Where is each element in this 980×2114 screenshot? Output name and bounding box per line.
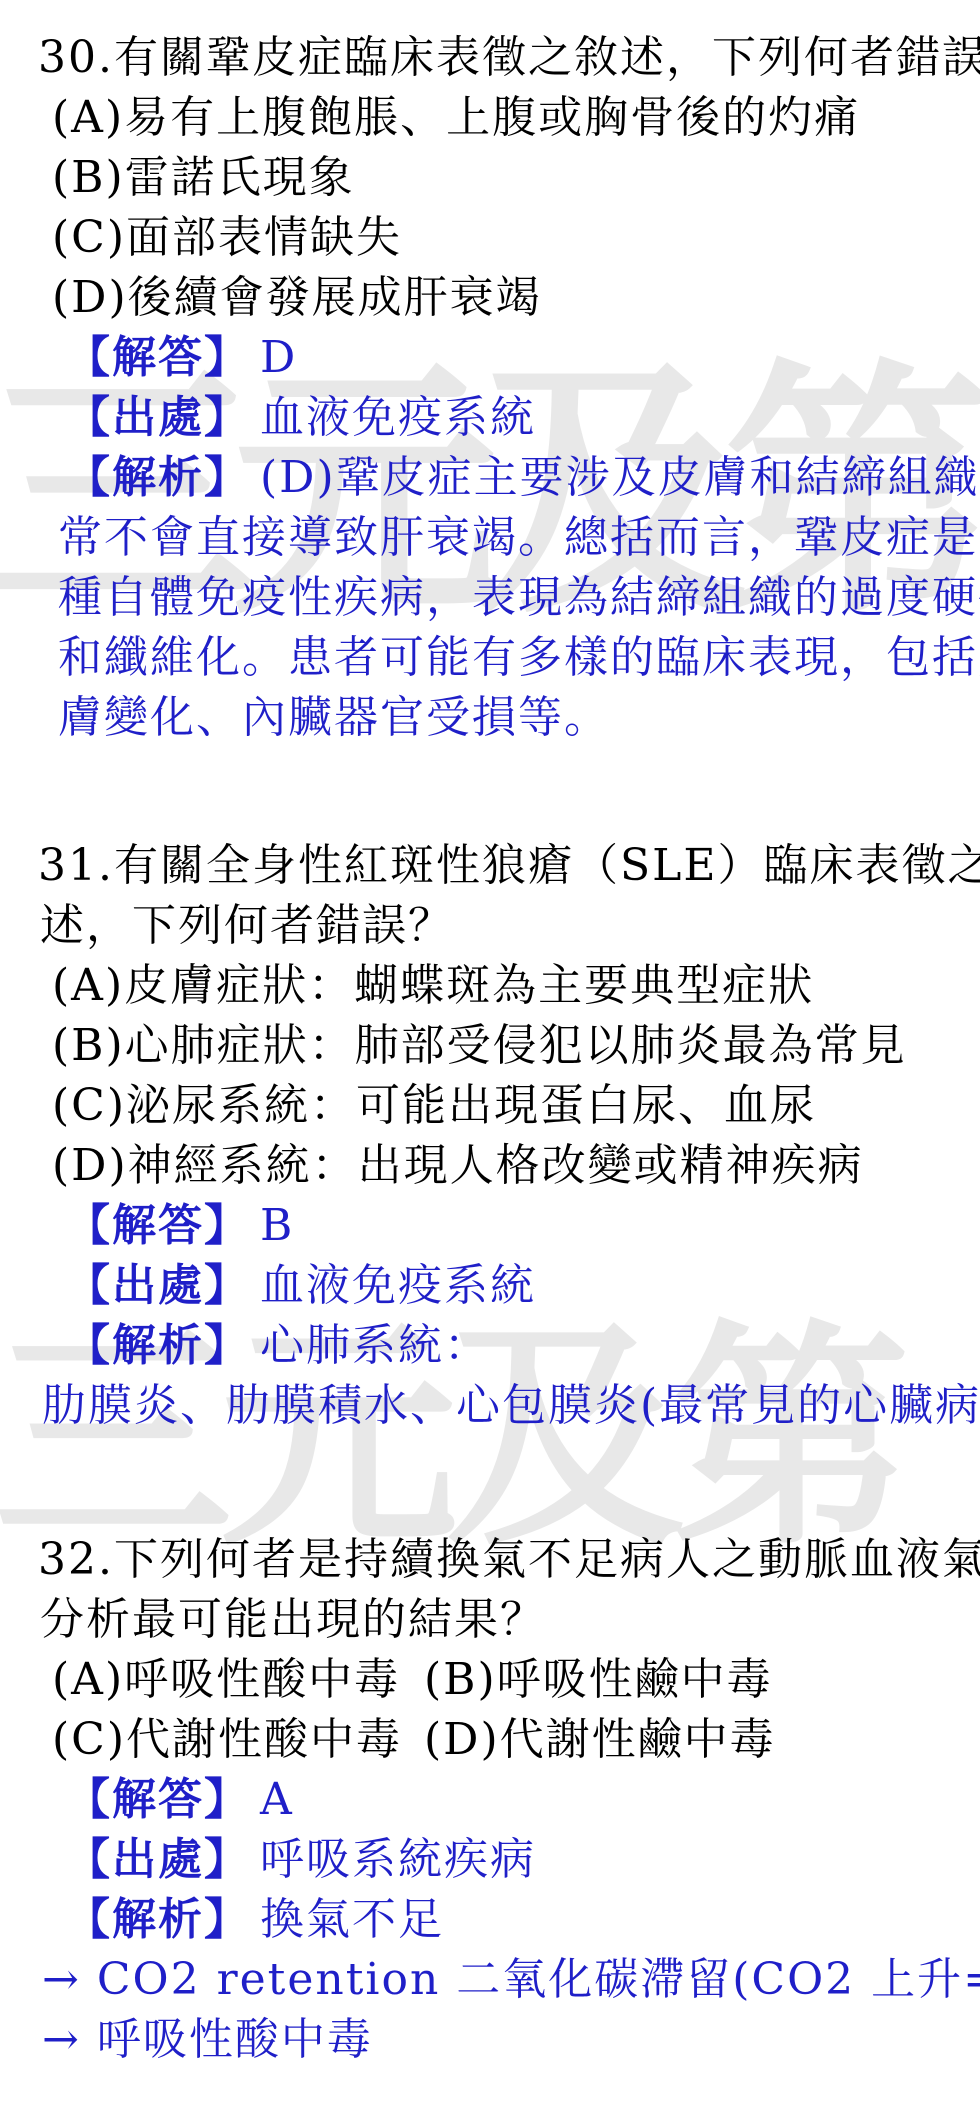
exam-answer-page: 三元及第 三元及第 30.有關鞏皮症臨床表徵之敘述，下列何者錯誤？ (A)易有上… bbox=[0, 0, 980, 2114]
question-32-option-a: (A)呼吸性酸中毒 bbox=[52, 1650, 424, 1710]
answer-label: 【解答】 bbox=[66, 1774, 250, 1825]
question-32-answer-line: 【解答】A bbox=[0, 1770, 980, 1830]
answer-value: D bbox=[260, 332, 297, 383]
source-label: 【出處】 bbox=[66, 392, 250, 443]
question-31-option-a: (A)皮膚症狀：蝴蝶斑為主要典型症狀 bbox=[0, 956, 980, 1016]
question-30-option-c: (C)面部表情缺失 bbox=[0, 208, 980, 268]
answer-label: 【解答】 bbox=[66, 332, 250, 383]
answer-value: B bbox=[260, 1200, 294, 1251]
question-32-analysis-cont-2: → 呼吸性酸中毒 bbox=[0, 2010, 980, 2070]
question-31-source-line: 【出處】血液免疫系統 bbox=[0, 1256, 980, 1316]
question-31-stem-1: 31.有關全身性紅斑性狼瘡（SLE）臨床表徵之敘 bbox=[0, 836, 980, 896]
answer-value: A bbox=[260, 1774, 294, 1825]
analysis-first-line: (D)鞏皮症主要涉及皮膚和結締組織，通 bbox=[260, 452, 980, 503]
document-content: 30.有關鞏皮症臨床表徵之敘述，下列何者錯誤？ (A)易有上腹飽脹、上腹或胸骨後… bbox=[0, 0, 980, 2070]
question-32-analysis-cont-1: → CO2 retention 二氧化碳滯留(CO2 上升=酸) bbox=[0, 1950, 980, 2010]
question-31-option-b: (B)心肺症狀：肺部受侵犯以肺炎最為常見 bbox=[0, 1016, 980, 1076]
question-31-option-d: (D)神經系統：出現人格改變或精神疾病 bbox=[0, 1136, 980, 1196]
analysis-first-line: 心肺系統： bbox=[260, 1320, 490, 1371]
question-31-analysis-cont-1: 肋膜炎、肋膜積水、心包膜炎(最常見的心臟病變) bbox=[0, 1376, 980, 1436]
question-32-options-row-1: (A)呼吸性酸中毒(B)呼吸性鹼中毒 bbox=[0, 1650, 980, 1710]
question-separator bbox=[0, 748, 980, 836]
analysis-label: 【解析】 bbox=[66, 1894, 250, 1945]
question-32-source-line: 【出處】呼吸系統疾病 bbox=[0, 1830, 980, 1890]
analysis-label: 【解析】 bbox=[66, 452, 250, 503]
question-30-option-d: (D)後續會發展成肝衰竭 bbox=[0, 268, 980, 328]
question-32-option-d: (D)代謝性鹼中毒 bbox=[424, 1714, 776, 1765]
question-32-analysis-line: 【解析】換氣不足 bbox=[0, 1890, 980, 1950]
question-31-analysis-line: 【解析】心肺系統： bbox=[0, 1316, 980, 1376]
question-32-stem-1: 32.下列何者是持續換氣不足病人之動脈血液氣體 bbox=[0, 1530, 980, 1590]
question-30-analysis-cont-3: 和纖維化。患者可能有多樣的臨床表現，包括皮 bbox=[0, 628, 980, 688]
analysis-first-line: 換氣不足 bbox=[260, 1894, 444, 1945]
question-32: 32.下列何者是持續換氣不足病人之動脈血液氣體 分析最可能出現的結果？ (A)呼… bbox=[0, 1530, 980, 2070]
question-31-answer-line: 【解答】B bbox=[0, 1196, 980, 1256]
question-30: 30.有關鞏皮症臨床表徵之敘述，下列何者錯誤？ (A)易有上腹飽脹、上腹或胸骨後… bbox=[0, 28, 980, 748]
analysis-label: 【解析】 bbox=[66, 1320, 250, 1371]
question-separator bbox=[0, 1436, 980, 1530]
question-31-stem-2: 述，下列何者錯誤？ bbox=[0, 896, 980, 956]
question-30-analysis-cont-1: 常不會直接導致肝衰竭。總括而言，鞏皮症是一 bbox=[0, 508, 980, 568]
question-32-options-row-2: (C)代謝性酸中毒(D)代謝性鹼中毒 bbox=[0, 1710, 980, 1770]
question-30-answer-line: 【解答】D bbox=[0, 328, 980, 388]
question-32-option-b: (B)呼吸性鹼中毒 bbox=[424, 1654, 773, 1705]
question-30-stem: 30.有關鞏皮症臨床表徵之敘述，下列何者錯誤？ bbox=[0, 28, 980, 88]
source-value: 血液免疫系統 bbox=[260, 392, 536, 443]
question-32-stem-2: 分析最可能出現的結果？ bbox=[0, 1590, 980, 1650]
question-32-option-c: (C)代謝性酸中毒 bbox=[52, 1710, 424, 1770]
source-value: 血液免疫系統 bbox=[260, 1260, 536, 1311]
question-30-analysis-cont-2: 種自體免疫性疾病，表現為結締組織的過度硬化 bbox=[0, 568, 980, 628]
source-label: 【出處】 bbox=[66, 1834, 250, 1885]
question-30-analysis-cont-4: 膚變化、內臟器官受損等。 bbox=[0, 688, 980, 748]
question-31-option-c: (C)泌尿系統：可能出現蛋白尿、血尿 bbox=[0, 1076, 980, 1136]
question-30-source-line: 【出處】血液免疫系統 bbox=[0, 388, 980, 448]
source-label: 【出處】 bbox=[66, 1260, 250, 1311]
question-30-option-b: (B)雷諾氏現象 bbox=[0, 148, 980, 208]
question-30-analysis-line: 【解析】(D)鞏皮症主要涉及皮膚和結締組織，通 bbox=[0, 448, 980, 508]
question-30-option-a: (A)易有上腹飽脹、上腹或胸骨後的灼痛 bbox=[0, 88, 980, 148]
source-value: 呼吸系統疾病 bbox=[260, 1834, 536, 1885]
answer-label: 【解答】 bbox=[66, 1200, 250, 1251]
question-31: 31.有關全身性紅斑性狼瘡（SLE）臨床表徵之敘 述，下列何者錯誤？ (A)皮膚… bbox=[0, 836, 980, 1436]
